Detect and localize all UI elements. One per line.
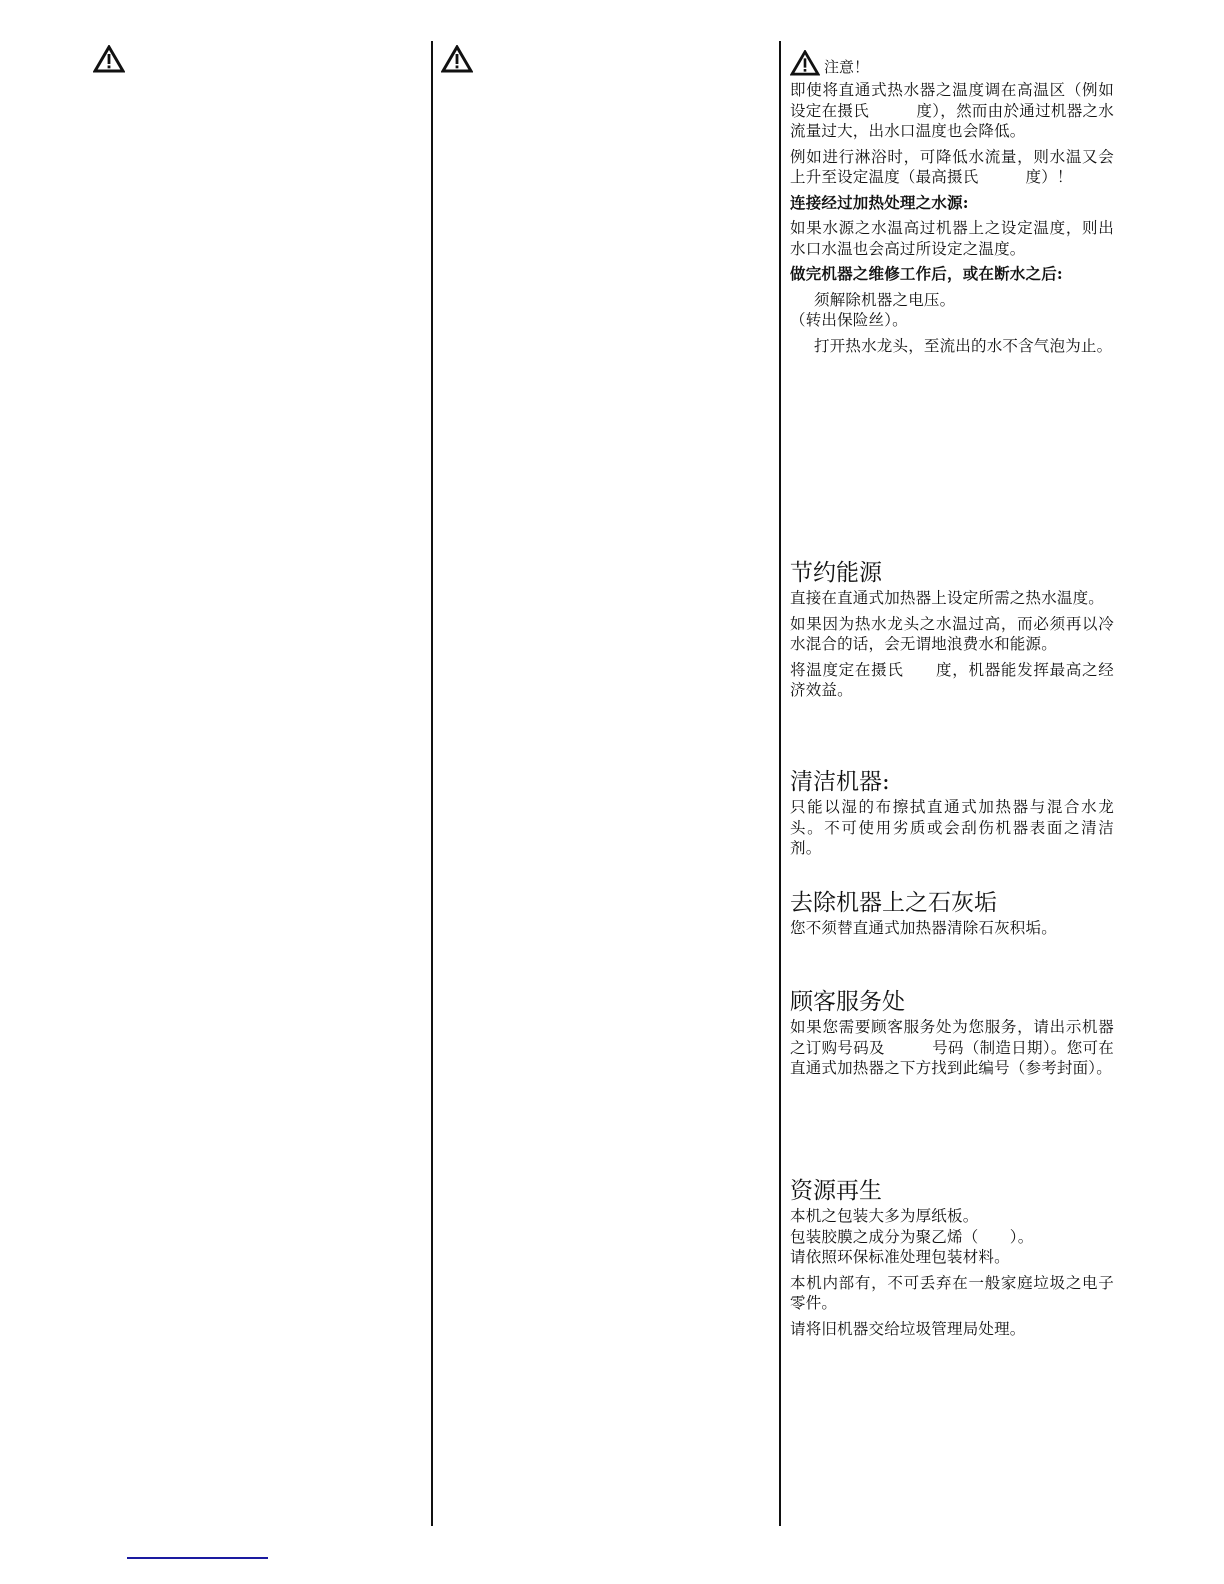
section-paragraph: 将温度定在摄氏 度，机器能发挥最高之经济效益。 [790,660,1114,701]
maintenance-step-2: 打开热水龙头，至流出的水不含气泡为止。 [790,336,1114,357]
caution-paragraph: 即使将直通式热水器之温度调在高温区（例如设定在摄氏 度），然而由於通过机器之水流… [790,80,1114,142]
maintenance-step-1-note: （转出保险丝）。 [790,310,1114,331]
section-cleaning: 清洁机器: 只能以湿的布擦拭直通式加热器与混合水龙头。不可使用劣质或会刮伤机器表… [790,769,1114,859]
section-title: 清洁机器: [790,769,1114,795]
column-divider-right [779,41,781,1526]
section-descaling: 去除机器上之石灰垢 您不须替直通式加热器清除石灰积垢。 [790,890,1114,939]
section-paragraph: 请依照环保标准处理包装材料。 [790,1247,1114,1268]
section-title: 节约能源 [790,560,1114,586]
maintenance-step-1: 须解除机器之电压。 [790,290,1114,311]
section-title: 去除机器上之石灰垢 [790,890,1114,916]
section-paragraph: 包装胶膜之成分为聚乙烯（ ）。 [790,1227,1114,1248]
section-recycling: 资源再生 本机之包装大多为厚纸板。 包装胶膜之成分为聚乙烯（ ）。 请依照环保标… [790,1178,1114,1339]
section-energy-saving: 节约能源 直接在直通式加热器上设定所需之热水温度。 如果因为热水龙头之水温过高，… [790,560,1114,701]
warning-triangle-icon [441,45,473,73]
section-paragraph: 如果您需要顾客服务处为您服务，请出示机器之订购号码及 号码（制造日期）。您可在直… [790,1017,1114,1079]
caution-title: 注意！ [824,58,869,76]
section-paragraph: 如果因为热水龙头之水温过高，而必须再以冷水混合的话，会无谓地浪费水和能源。 [790,614,1114,655]
column-divider-left [431,41,433,1526]
warning-triangle-icon [93,45,125,73]
caution-heading: 注意！ [790,44,1114,76]
caution-paragraph: 例如进行淋浴时，可降低水流量，则水温又会上升至设定温度（最高摄氏 度）！ [790,147,1114,188]
section-paragraph: 本机内部有，不可丢弃在一般家庭垃圾之电子零件。 [790,1273,1114,1314]
preheated-water-heading: 连接经过加热处理之水源: [790,193,1114,214]
footer-link-underline [127,1557,268,1559]
preheated-water-text: 如果水源之水温高过机器上之设定温度，则出水口水温也会高过所设定之温度。 [790,218,1114,259]
section-paragraph: 请将旧机器交给垃圾管理局处理。 [790,1319,1114,1340]
section-title: 资源再生 [790,1178,1114,1204]
maintenance-heading: 做完机器之维修工作后，或在断水之后: [790,264,1114,285]
section-paragraph: 本机之包装大多为厚纸板。 [790,1206,1114,1227]
section-title: 顾客服务处 [790,989,1114,1015]
warning-triangle-icon [790,50,820,76]
caution-block: 注意！ 即使将直通式热水器之温度调在高温区（例如设定在摄氏 度），然而由於通过机… [790,44,1114,356]
section-paragraph: 只能以湿的布擦拭直通式加热器与混合水龙头。不可使用劣质或会刮伤机器表面之清洁剂。 [790,797,1114,859]
section-customer-service: 顾客服务处 如果您需要顾客服务处为您服务，请出示机器之订购号码及 号码（制造日期… [790,989,1114,1079]
section-paragraph: 直接在直通式加热器上设定所需之热水温度。 [790,588,1114,609]
section-paragraph: 您不须替直通式加热器清除石灰积垢。 [790,918,1114,939]
